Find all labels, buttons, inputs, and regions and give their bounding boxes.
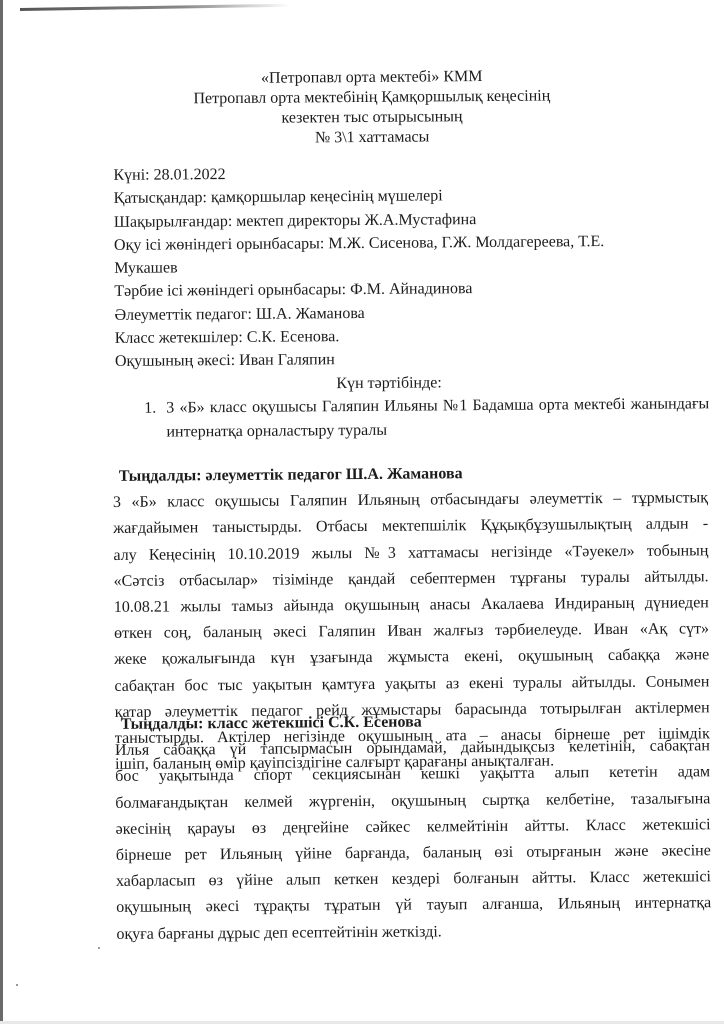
text-line: оқушының әкесі тұрақты тұратын үй тауып … [116, 891, 711, 922]
text-line: бос уақытында спорт секциясынан кешкі уа… [115, 760, 710, 791]
agenda-title: Күн тәртібінде: [129, 372, 649, 396]
header-council: Петропавл орта мектебінің Қамқоршылық ке… [137, 86, 607, 110]
agenda-item: 1. 3 «Б» класс оқушысы Галяпин Ильяны №1… [144, 392, 709, 444]
agenda-item-text: 3 «Б» класс оқушысы Галяпин Ильяны №1 Ба… [166, 392, 709, 444]
document-header: «Петропавл орта мектебі» КММ Петропавл о… [137, 66, 608, 150]
scan-speck [98, 947, 100, 949]
agenda-list: 1. 3 «Б» класс оқушысы Галяпин Ильяны №1… [144, 392, 709, 444]
section-body: Илья сабаққа үй тапсырмасын орындамай, д… [115, 733, 712, 947]
meeting-info: Күні: 28.01.2022 Қатысқандар: қамқоршыла… [113, 160, 675, 374]
academic-deputies: Оқу ісі жөніндегі орынбасары: М.Ж. Сисен… [114, 229, 674, 257]
section-class-teacher-report: Тыңдалды: класс жетекшісі С.К. Есенова И… [115, 707, 712, 947]
text-line: жеке қожалығында күн ұзағында жұмыста ек… [114, 643, 709, 674]
document-page: «Петропавл орта мектебі» КММ Петропавл о… [0, 0, 724, 1024]
student-father: Оқушының әкесі: Иван Галяпин [115, 346, 675, 374]
header-protocol-number: № 3\1 хаттамасы [137, 126, 607, 150]
text-line: жағдайымен таныстырды. Отбасы мектепшілі… [113, 512, 708, 543]
agenda-item-number: 1. [144, 397, 166, 445]
scan-speck [16, 984, 18, 986]
text-line: оқуға барғаны дұрыс деп есептейтінін жет… [116, 917, 711, 948]
